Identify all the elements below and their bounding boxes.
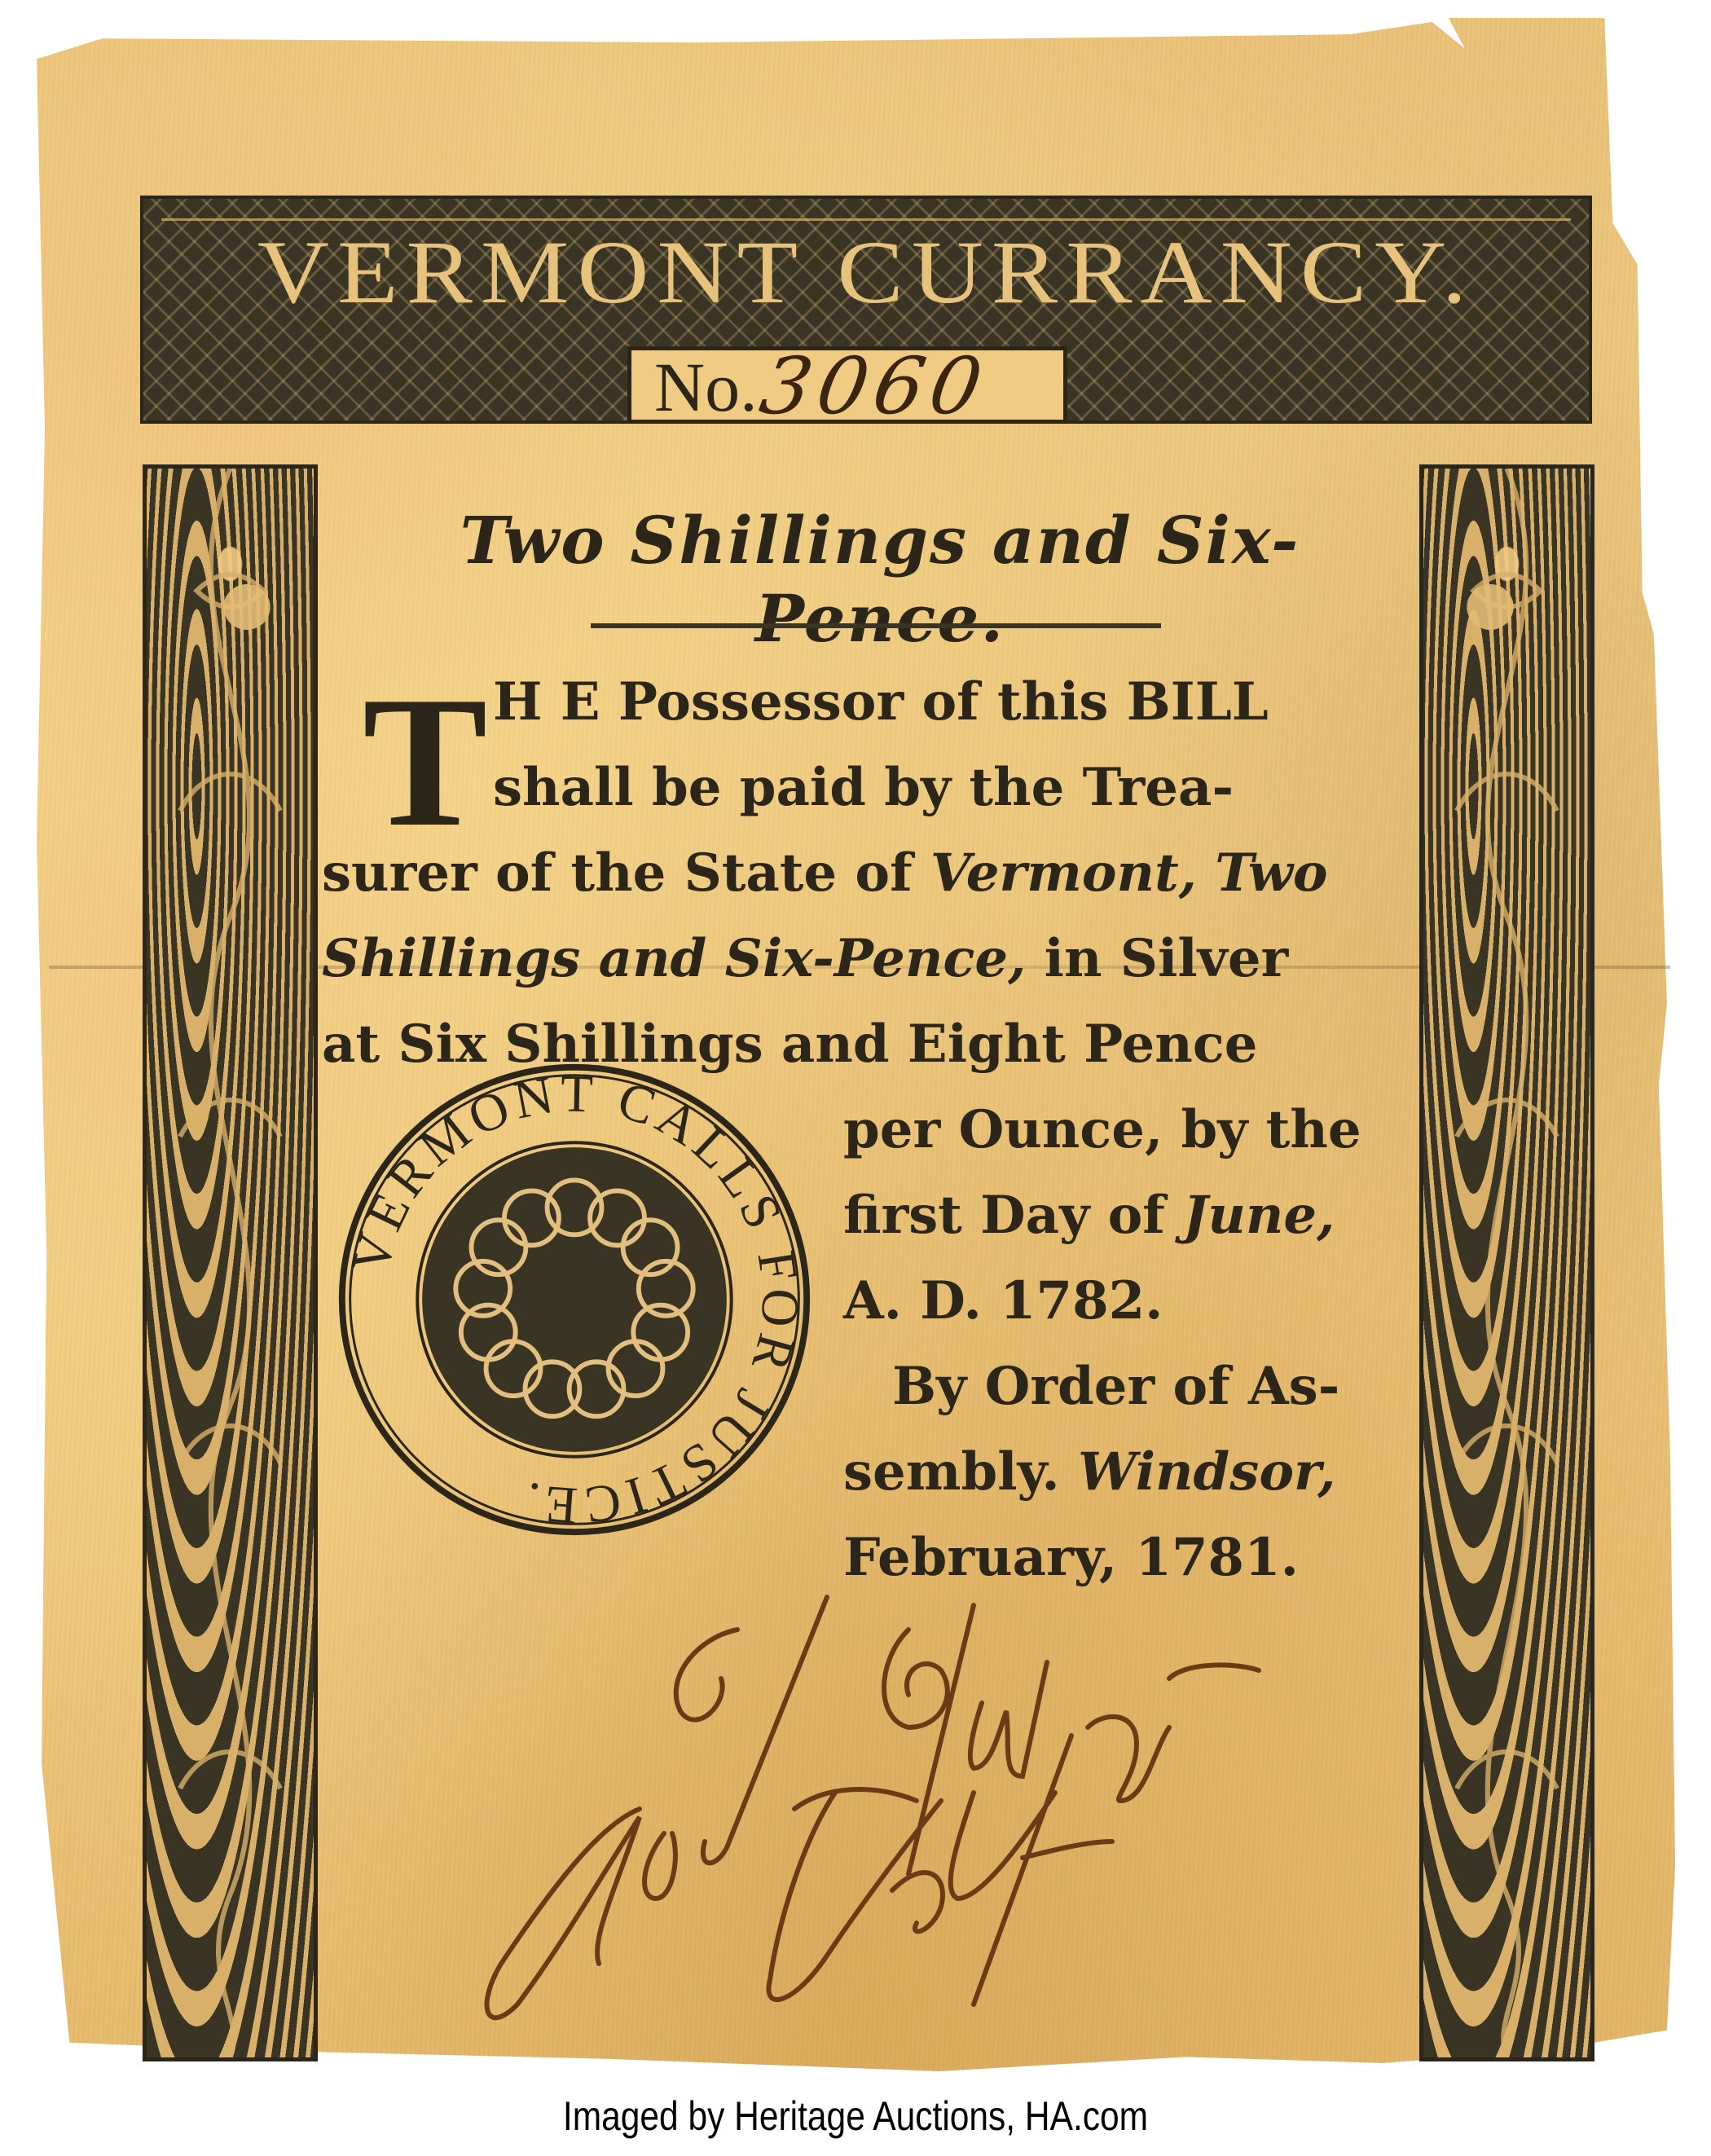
foliage-ornament-icon (1423, 469, 1590, 2057)
note-field: Two Shillings and Six-Pence. T H E Posse… (322, 464, 1418, 2061)
vermont-seal-icon: VERMONT CALLS FOR JUSTICE. (334, 1059, 815, 1540)
body-line-6: per Ounce, by the (843, 1104, 1361, 1156)
serial-label: No. (654, 352, 758, 422)
serial-number: 3060 (755, 347, 994, 425)
header-title: VERMONT CURRANCY. (143, 228, 1589, 318)
body-line-4: Shillings and Six-Pence, in Silver (322, 933, 1288, 985)
signatures (452, 1581, 1414, 2061)
body-line-11: February, 1781. (843, 1532, 1299, 1584)
body-line-10: sembly. Windsor, (843, 1446, 1335, 1498)
denomination-title: Two Shillings and Six-Pence. (371, 501, 1389, 658)
right-ornamental-border (1419, 464, 1594, 2061)
body-line-2: shall be paid by the Trea- (493, 762, 1234, 814)
body-line-3: surer of the State of Vermont, Two (322, 847, 1328, 900)
body-line-7: first Day of June, (843, 1190, 1335, 1242)
body-line-9: By Order of As- (892, 1361, 1339, 1413)
serial-number-box: No. 3060 (627, 346, 1067, 424)
header-rule (161, 218, 1571, 221)
body-line-8: A. D. 1782. (843, 1275, 1163, 1327)
foliage-ornament-icon (147, 469, 314, 2057)
left-ornamental-border (143, 464, 318, 2061)
denomination-rule (591, 623, 1161, 628)
image-credit-caption: Imaged by Heritage Auctions, HA.com (129, 2092, 1583, 2140)
drop-cap: T (363, 668, 487, 856)
body-line-1: H E Possessor of this BILL (493, 676, 1269, 728)
